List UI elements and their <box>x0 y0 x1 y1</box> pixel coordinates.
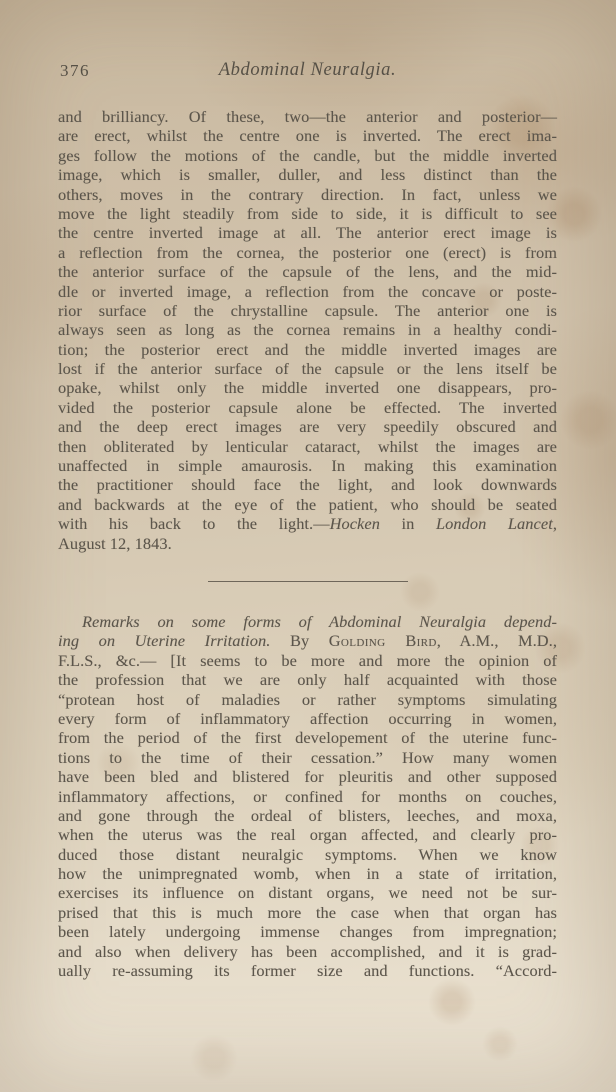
page-number: 376 <box>60 61 90 81</box>
text-line: and gone through the ordeal of blisters,… <box>58 806 557 825</box>
attribution-line: with his back to the light.—Hocken in Lo… <box>58 514 557 533</box>
text-line: vided the posterior capsule alone be eff… <box>58 398 557 417</box>
text-line: when the uterus was the real organ affec… <box>58 825 557 844</box>
text-line: been lately undergoing immense changes f… <box>58 922 557 941</box>
text-line: always seen as long as the cornea remain… <box>58 320 557 339</box>
text-line: exercises its influence on distant organ… <box>58 883 557 902</box>
text-line: a reflection from the cornea, the poster… <box>58 243 557 262</box>
attribution-text: , <box>553 514 557 533</box>
text-line: opake, whilst only the middle inverted o… <box>58 378 557 397</box>
text-line: and also when delivery has been accompli… <box>58 942 557 961</box>
book-page-scan: 376 Abdominal Neuralgia. and brilliancy.… <box>0 0 616 1092</box>
text-line: F.L.S., &c.— [It seems to be more and mo… <box>58 651 557 670</box>
text-line: duced those distant neuralgic symptoms. … <box>58 845 557 864</box>
text-line: and backwards at the eye of the patient,… <box>58 495 557 514</box>
text-line: move the light steadily from side to sid… <box>58 204 557 223</box>
running-title: Abdominal Neuralgia. <box>58 60 557 81</box>
page-header: 376 Abdominal Neuralgia. <box>58 60 557 84</box>
article-title-line: Remarks on some forms of Abdominal Neura… <box>58 612 557 631</box>
text-line: tion; the posterior erect and the middle… <box>58 340 557 359</box>
text-line: rior surface of the chrystalline capsule… <box>58 301 557 320</box>
text-line: the anterior surface of the capsule of t… <box>58 262 557 281</box>
text-line: and brilliancy. Of these, two—the anteri… <box>58 107 557 126</box>
text-line: have been bled and blistered for pleurit… <box>58 767 557 786</box>
journal-name: London Lancet <box>436 514 553 533</box>
text-line: others, moves in the contrary direction.… <box>58 185 557 204</box>
text-line: dle or inverted image, a reflection from… <box>58 282 557 301</box>
text-line: the centre inverted image at all. The an… <box>58 223 557 242</box>
article-remarks-text: Remarks on some forms of Abdominal Neura… <box>58 612 557 980</box>
text-line: prised that this is much more the case w… <box>58 903 557 922</box>
text-line: from the period of the first developemen… <box>58 728 557 747</box>
text-line: the practitioner should face the light, … <box>58 475 557 494</box>
section-divider-rule <box>208 581 408 582</box>
text-line: ges follow the motions of the candle, bu… <box>58 146 557 165</box>
text-line: are erect, whilst the centre one is inve… <box>58 126 557 145</box>
date-line: August 12, 1843. <box>58 534 557 553</box>
article-byline: ing on Uterine Irritation. By Golding Bi… <box>58 631 557 650</box>
byline-text: By <box>270 631 328 650</box>
text-line: unaffected in simple amaurosis. In makin… <box>58 456 557 475</box>
attribution-text: with his back to the light.— <box>58 514 330 533</box>
attribution-text: in <box>380 514 436 533</box>
text-line: lost if the anterior surface of the caps… <box>58 359 557 378</box>
text-line: every form of inflammatory affection occ… <box>58 709 557 728</box>
author-name: Golding Bird <box>329 631 437 650</box>
text-line: inflammatory affections, or confined for… <box>58 787 557 806</box>
text-line: how the unimpregnated womb, when in a st… <box>58 864 557 883</box>
article-continuation-text: and brilliancy. Of these, two—the anteri… <box>58 107 557 553</box>
author-name: Hocken <box>330 514 380 533</box>
text-line: then obliterated by lenticular cataract,… <box>58 437 557 456</box>
text-line: and the deep erect images are very speed… <box>58 417 557 436</box>
text-line: tions to the time of their cessation.” H… <box>58 748 557 767</box>
text-line: image, which is smaller, duller, and les… <box>58 165 557 184</box>
text-line: the profession that we are only half acq… <box>58 670 557 689</box>
article-title-continued: ing on Uterine Irritation. <box>58 631 270 650</box>
author-credentials: , A.M., M.D., <box>437 631 557 650</box>
text-line: ually re-assuming its former size and fu… <box>58 961 557 980</box>
text-line: “protean host of maladies or rather symp… <box>58 690 557 709</box>
